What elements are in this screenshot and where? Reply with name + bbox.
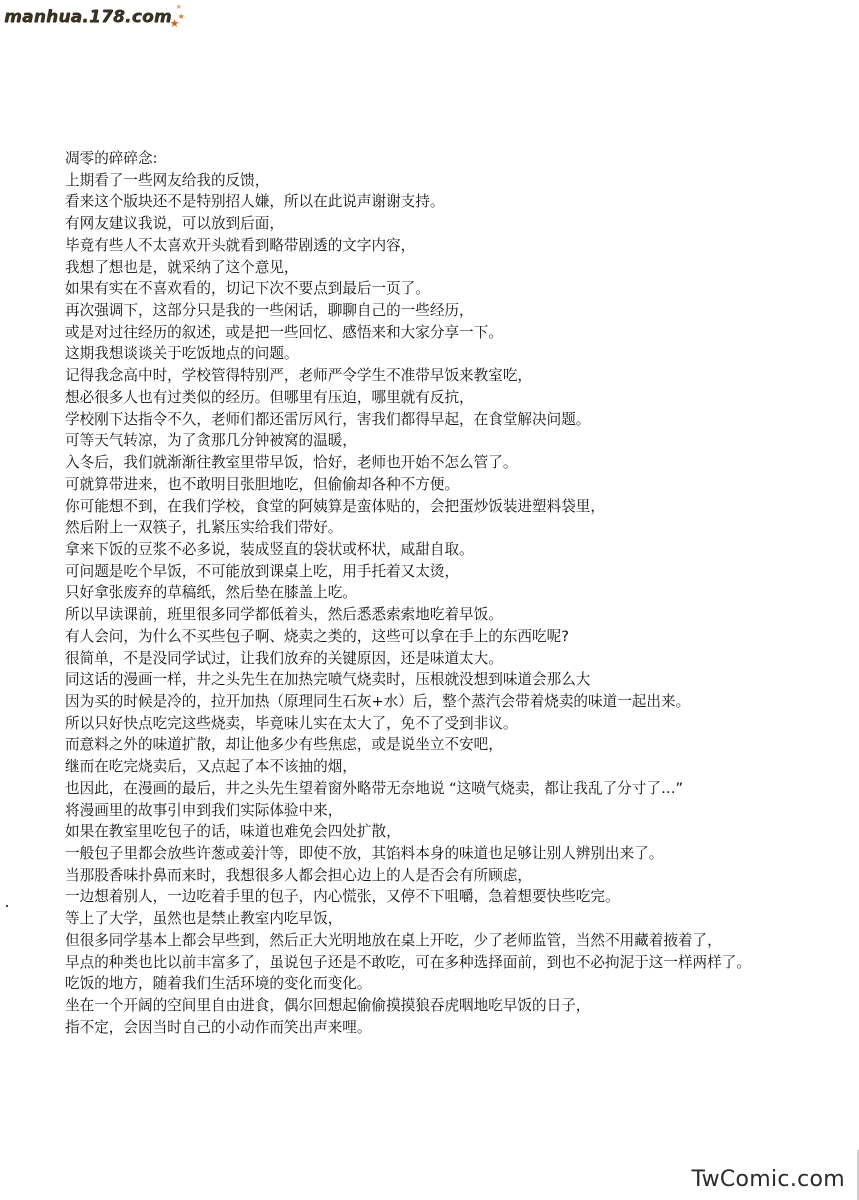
article-line: 或是对过往经历的叙述，或是把一些回忆、感悟来和大家分享一下。 bbox=[65, 322, 855, 344]
article-line: 将漫画里的故事引申到我们实际体验中来， bbox=[65, 800, 855, 822]
article-line: 继而在吃完烧卖后，又点起了本不该抽的烟， bbox=[65, 756, 855, 778]
watermark: TwComic.com bbox=[691, 1167, 845, 1192]
article-line: 也因此，在漫画的最后，井之头先生望着窗外略带无奈地说 “这喷气烧卖，都让我乱了分… bbox=[65, 778, 855, 800]
article-line: 学校刚下达指令不久，老师们都还雷厉风行，害我们都得早起，在食堂解决问题。 bbox=[65, 409, 855, 431]
stars-icon: ★ ★ ★ bbox=[170, 4, 186, 30]
article-line: 所以只好快点吃完这些烧卖，毕竟味儿实在太大了，免不了受到非议。 bbox=[65, 713, 855, 735]
article-line: 你可能想不到，在我们学校，食堂的阿姨算是蛮体贴的，会把蛋炒饭装进塑料袋里， bbox=[65, 496, 855, 518]
scan-artifact bbox=[6, 905, 8, 907]
article-line: 再次强调下，这部分只是我的一些闲话，聊聊自己的一些经历， bbox=[65, 300, 855, 322]
star-icon: ★ bbox=[170, 18, 180, 29]
article-line: 一般包子里都会放些许葱或姜汁等，即使不放，其馅料本身的味道也足够让别人辨别出来了… bbox=[65, 843, 855, 865]
article-line: 坐在一个开阔的空间里自由进食，偶尔回想起偷偷摸摸狼吞虎咽地吃早饭的日子， bbox=[65, 995, 855, 1017]
article-line: 可就算带进来，也不敢明目张胆地吃，但偷偷却各种不方便。 bbox=[65, 474, 855, 496]
article-line: 然后附上一双筷子，扎紧压实给我们带好。 bbox=[65, 517, 855, 539]
site-logo: manhua.178.com ★ ★ ★ bbox=[4, 4, 186, 30]
article-line: 同这话的漫画一样，井之头先生在加热完喷气烧卖时，压根就没想到味道会那么大 bbox=[65, 669, 855, 691]
article-line: 我想了想也是，就采纳了这个意见， bbox=[65, 257, 855, 279]
article-line: 这期我想谈谈关于吃饭地点的问题。 bbox=[65, 343, 855, 365]
article-line: 有人会问，为什么不买些包子啊、烧卖之类的，这些可以拿在手上的东西吃呢? bbox=[65, 626, 855, 648]
article-line: 如果在教室里吃包子的话，味道也难免会四处扩散， bbox=[65, 821, 855, 843]
logo-text: manhua.178.com bbox=[4, 7, 172, 27]
article-line: 拿来下饭的豆浆不必多说，装成竖直的袋状或杯状，咸甜自取。 bbox=[65, 539, 855, 561]
article-line: 一边想着别人，一边吃着手里的包子，内心慌张，又停不下咀嚼，急着想要快些吃完。 bbox=[65, 886, 855, 908]
article-line: 早点的种类也比以前丰富多了，虽说包子还是不敢吃，可在多种选择面前，到也不必拘泥于… bbox=[65, 952, 855, 974]
article-line: 可问题是吃个早饭，不可能放到课桌上吃，用手托着又太烫， bbox=[65, 561, 855, 583]
article-line: 入冬后，我们就渐渐往教室里带早饭，恰好，老师也开始不怎么管了。 bbox=[65, 452, 855, 474]
article-line: 吃饭的地方，随着我们生活环境的变化而变化。 bbox=[65, 973, 855, 995]
article-line: 只好拿张废弃的草稿纸，然后垫在膝盖上吃。 bbox=[65, 582, 855, 604]
article-line: 有网友建议我说，可以放到后面， bbox=[65, 213, 855, 235]
article-line: 想必很多人也有过类似的经历。但哪里有压迫，哪里就有反抗， bbox=[65, 387, 855, 409]
article-line: 所以早读课前，班里很多同学都低着头，然后悉悉索索地吃着早饭。 bbox=[65, 604, 855, 626]
star-icon: ★ bbox=[176, 4, 182, 11]
article-line: 上期看了一些网友给我的反馈， bbox=[65, 170, 855, 192]
article-line: 因为买的时候是冷的，拉开加热（原理同生石灰+水）后，整个蒸汽会带着烧卖的味道一起… bbox=[65, 691, 855, 713]
article-line: 当那股香味扑鼻而来时，我想很多人都会担心边上的人是否会有所顾虑， bbox=[65, 865, 855, 887]
article-line: 等上了大学，虽然也是禁止教室内吃早饭， bbox=[65, 908, 855, 930]
article-line: 很简单，不是没同学试过，让我们放弃的关键原因，还是味道太大。 bbox=[65, 648, 855, 670]
article-line: 指不定，会因当时自己的小动作而笑出声来哩。 bbox=[65, 1017, 855, 1039]
article-line: 毕竟有些人不太喜欢开头就看到略带剧透的文字内容， bbox=[65, 235, 855, 257]
article-line: 可等天气转凉，为了贪那几分钟被窝的温暖， bbox=[65, 430, 855, 452]
article-line: 记得我念高中时，学校管得特别严，老师严令学生不准带早饭来教室吃， bbox=[65, 365, 855, 387]
article-line: 如果有实在不喜欢看的，切记下次不要点到最后一页了。 bbox=[65, 278, 855, 300]
article-line: 而意料之外的味道扩散，却让他多少有些焦虑，或是说坐立不安吧， bbox=[65, 734, 855, 756]
article-line: 看来这个版块还不是特别招人嫌，所以在此说声谢谢支持。 bbox=[65, 191, 855, 213]
article-body: 凋零的碎碎念: 上期看了一些网友给我的反馈， 看来这个版块还不是特别招人嫌，所以… bbox=[65, 148, 855, 1038]
article-title: 凋零的碎碎念: bbox=[65, 148, 855, 170]
article-line: 但很多同学基本上都会早些到，然后正大光明地放在桌上开吃，少了老师监管，当然不用藏… bbox=[65, 930, 855, 952]
